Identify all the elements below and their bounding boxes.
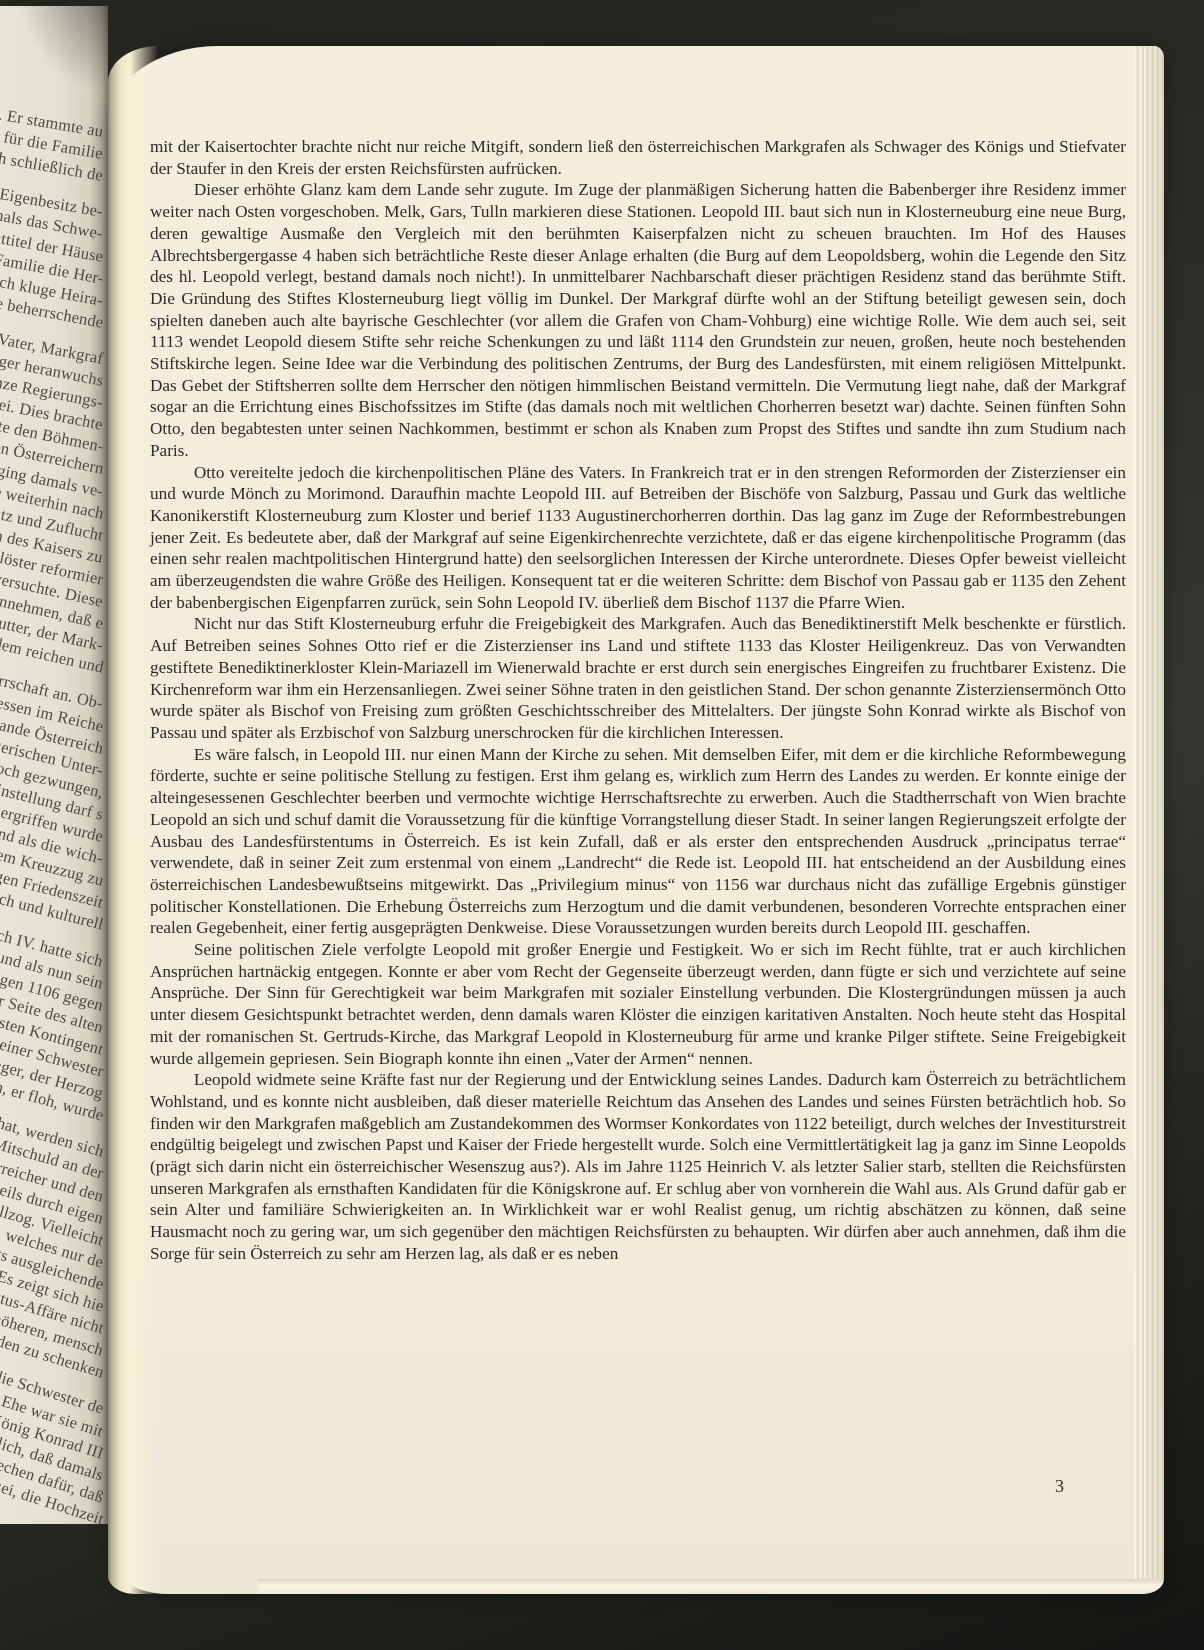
paragraph: Seine politischen Ziele verfolgte Leopol… [150, 939, 1126, 1069]
paragraph: Nicht nur das Stift Klosterneuburg erfuh… [150, 613, 1126, 743]
paragraph: Es wäre falsch, in Leopold III. nur eine… [150, 744, 1126, 939]
previous-page-edge: genannt. Er stammte auser Name für die F… [0, 6, 108, 1524]
text-column: mit der Kaisertochter brachte nicht nur … [150, 136, 1126, 1265]
fore-edge [1134, 46, 1164, 1594]
paragraph: Otto vereitelte jedoch die kirchenpoliti… [150, 462, 1126, 614]
book-page: mit der Kaisertochter brachte nicht nur … [108, 46, 1164, 1594]
paragraph: mit der Kaisertochter brachte nicht nur … [150, 136, 1126, 179]
book-photo: genannt. Er stammte auser Name für die F… [0, 0, 1204, 1650]
paragraph: Dieser erhöhte Glanz kam dem Lande sehr … [150, 179, 1126, 461]
paragraph: Leopold widmete seine Kräfte fast nur de… [150, 1069, 1126, 1264]
page-number: 3 [1055, 1476, 1064, 1497]
bottom-page-edge [258, 1579, 1164, 1594]
